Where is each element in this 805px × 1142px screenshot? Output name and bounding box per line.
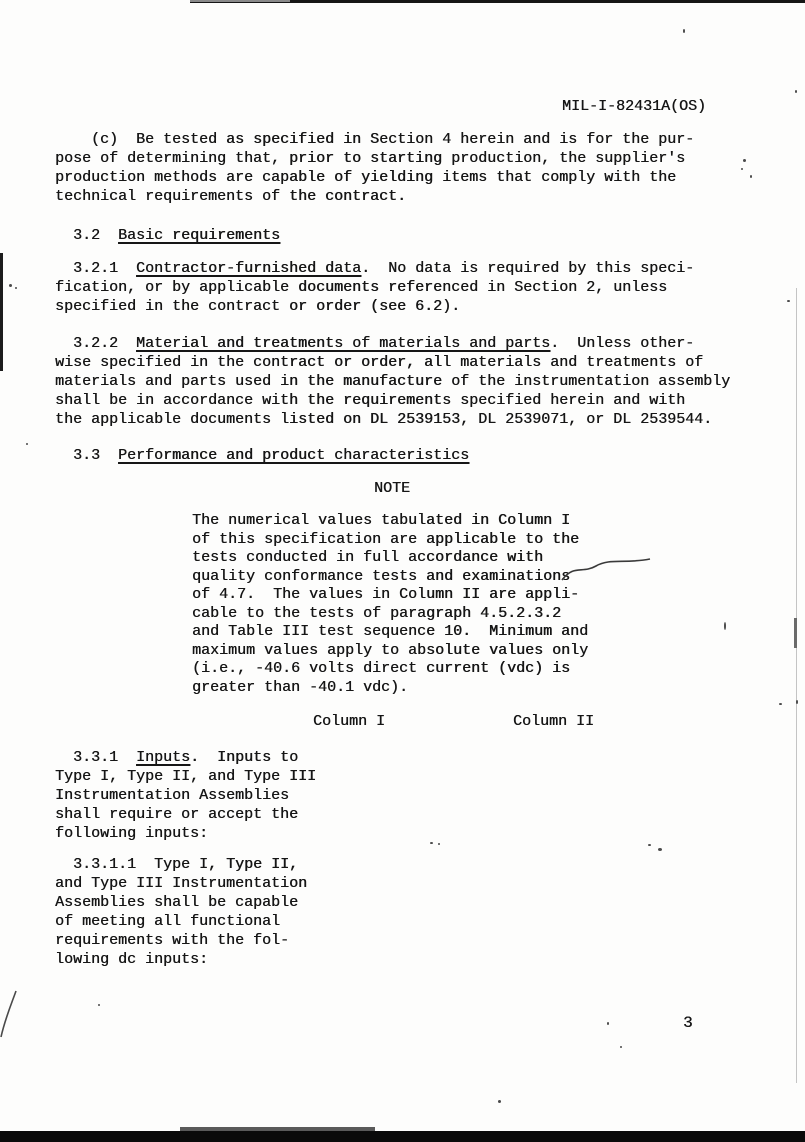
note-body: The numerical values tabulated in Column… — [192, 512, 622, 697]
scan-speck — [796, 700, 798, 704]
paragraph-3-3-1-title: Inputs — [136, 749, 190, 766]
scan-speck — [498, 1100, 501, 1103]
scan-speck — [787, 300, 790, 302]
section-3-2-heading: 3.2 Basic requirements — [55, 226, 280, 245]
paragraph-3-2-1-number: 3.2.1 — [55, 260, 136, 277]
scan-artifact-left-line — [0, 253, 3, 371]
scan-speck — [26, 443, 28, 445]
page-number: 3 — [683, 1014, 693, 1033]
section-3-3-number: 3.3 — [55, 447, 118, 464]
paragraph-3-2-1: 3.2.1 Contractor-furnished data. No data… — [55, 259, 755, 316]
scan-speck — [648, 844, 651, 846]
scan-artifact-pen-squiggle — [558, 546, 658, 586]
scan-speck — [741, 168, 743, 170]
paragraph-3-2-2-number: 3.2.2 — [55, 335, 136, 352]
scan-artifact-right-line — [796, 288, 797, 1083]
scan-artifact-right-dark-segment — [794, 618, 797, 648]
column-ii-header: Column II — [513, 712, 594, 731]
paragraph-3-2-1-title: Contractor-furnished data — [136, 260, 361, 277]
scanned-document-page: MIL-I-82431A(OS) (c) Be tested as specif… — [0, 0, 805, 1142]
paragraph-3-2-2-title: Material and treatments of materials and… — [136, 335, 550, 352]
paragraph-3-2-2: 3.2.2 Material and treatments of materia… — [55, 334, 775, 429]
scan-speck — [743, 159, 746, 162]
section-3-2-number: 3.2 — [55, 227, 118, 244]
note-label: NOTE — [374, 479, 410, 498]
scan-speck — [9, 284, 12, 287]
paragraph-3-3-1-number: 3.3.1 — [55, 749, 136, 766]
scan-artifact-hook-mark — [0, 985, 22, 1043]
section-3-3-heading: 3.3 Performance and product characterist… — [55, 446, 469, 465]
scan-speck — [795, 90, 797, 93]
scan-speck — [15, 287, 17, 289]
scan-speck — [750, 175, 752, 178]
column-i-header: Column I — [313, 712, 385, 731]
scan-speck — [683, 29, 685, 33]
scan-speck — [658, 848, 662, 851]
scan-artifact-top-edge-light — [190, 0, 290, 2]
scan-speck — [607, 1022, 609, 1025]
section-3-2-title: Basic requirements — [118, 227, 280, 244]
paragraph-c: (c) Be tested as specified in Section 4 … — [55, 130, 694, 206]
section-3-3-title: Performance and product characteristics — [118, 447, 469, 464]
scan-speck — [98, 1004, 100, 1006]
scan-artifact-bottom-edge — [0, 1131, 805, 1142]
scan-speck — [438, 843, 440, 845]
document-number: MIL-I-82431A(OS) — [562, 97, 706, 116]
scan-speck — [724, 622, 726, 630]
scan-speck — [620, 1046, 622, 1048]
paragraph-3-3-1-1: 3.3.1.1 Type I, Type II, and Type III In… — [55, 855, 345, 969]
scan-speck — [779, 703, 782, 705]
paragraph-3-3-1: 3.3.1 Inputs. Inputs to Type I, Type II,… — [55, 748, 335, 843]
scan-speck — [430, 842, 433, 844]
